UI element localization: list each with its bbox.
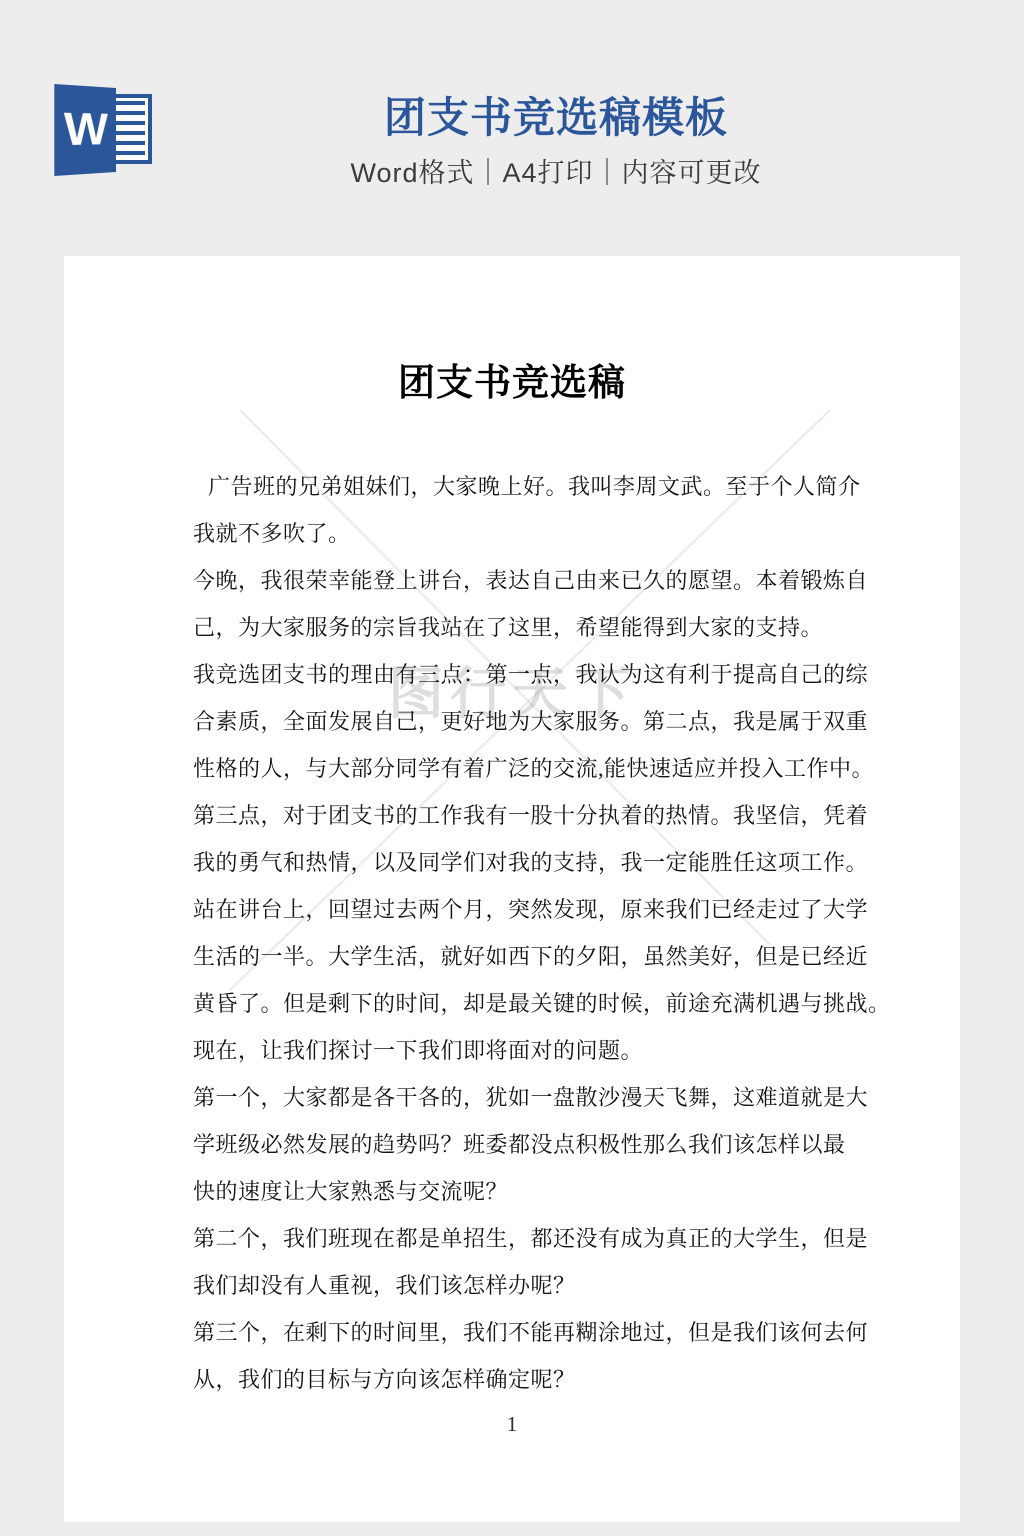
document-line: 我的勇气和热情，以及同学们对我的支持，我一定能胜任这项工作。 (193, 839, 893, 886)
document-line: 广告班的兄弟姐妹们，大家晚上好。我叫李周文武。至于个人简介 (193, 463, 893, 510)
document-body: 广告班的兄弟姐妹们，大家晚上好。我叫李周文武。至于个人简介我就不多吹了。今晚，我… (193, 463, 893, 1403)
template-format-note: Word格式｜A4打印｜内容可更改 (152, 158, 960, 188)
document-line: 第三点，对于团支书的工作我有一股十分执着的热情。我坚信，凭着 (193, 792, 893, 839)
document-line: 我就不多吹了。 (193, 510, 893, 557)
document-line: 第三个，在剩下的时间里，我们不能再糊涂地过，但是我们该何去何 (193, 1309, 893, 1356)
page-number: 1 (64, 1401, 960, 1448)
document-line: 合素质，全面发展自己，更好地为大家服务。第二点，我是属于双重 (193, 698, 893, 745)
word-icon-w-panel: W (54, 84, 116, 176)
document-line: 第一个，大家都是各干各的，犹如一盘散沙漫天飞舞，这难道就是大 (193, 1074, 893, 1121)
document-line: 站在讲台上，回望过去两个月，突然发现，原来我们已经走过了大学 (193, 886, 893, 933)
document-line: 性格的人，与大部分同学有着广泛的交流,能快速适应并投入工作中。 (193, 745, 893, 792)
document-page: 图行天下 团支书竞选稿 广告班的兄弟姐妹们，大家晚上好。我叫李周文武。至于个人简… (64, 256, 960, 1522)
template-banner: W 团支书竞选稿模板 Word格式｜A4打印｜内容可更改 (0, 0, 1024, 256)
word-icon-letter: W (64, 103, 108, 157)
document-line: 我们却没有人重视，我们该怎样办呢？ (193, 1262, 893, 1309)
document-line: 现在，让我们探讨一下我们即将面对的问题。 (193, 1027, 893, 1074)
word-icon: W (58, 88, 154, 172)
document-line: 快的速度让大家熟悉与交流呢？ (193, 1168, 893, 1215)
document-line: 今晚，我很荣幸能登上讲台，表达自己由来已久的愿望。本着锻炼自 (193, 557, 893, 604)
template-title: 团支书竞选稿模板 (152, 94, 960, 142)
banner-text: 团支书竞选稿模板 Word格式｜A4打印｜内容可更改 (152, 94, 960, 188)
template-preview: W 团支书竞选稿模板 Word格式｜A4打印｜内容可更改 图行天下 团支书竞选稿… (0, 0, 1024, 1536)
document-line: 第二个，我们班现在都是单招生，都还没有成为真正的大学生，但是 (193, 1215, 893, 1262)
document-line: 己，为大家服务的宗旨我站在了这里，希望能得到大家的支持。 (193, 604, 893, 651)
document-line: 学班级必然发展的趋势吗？班委都没点积极性那么我们该怎样以最 (193, 1121, 893, 1168)
document-line: 黄昏了。但是剩下的时间，却是最关键的时候，前途充满机遇与挑战。 (193, 980, 893, 1027)
document-line: 生活的一半。大学生活，就好如西下的夕阳，虽然美好，但是已经近 (193, 933, 893, 980)
document-title: 团支书竞选稿 (64, 362, 960, 406)
document-line: 我竞选团支书的理由有三点：第一点，我认为这有利于提高自己的综 (193, 651, 893, 698)
document-line: 从，我们的目标与方向该怎样确定呢？ (193, 1356, 893, 1403)
